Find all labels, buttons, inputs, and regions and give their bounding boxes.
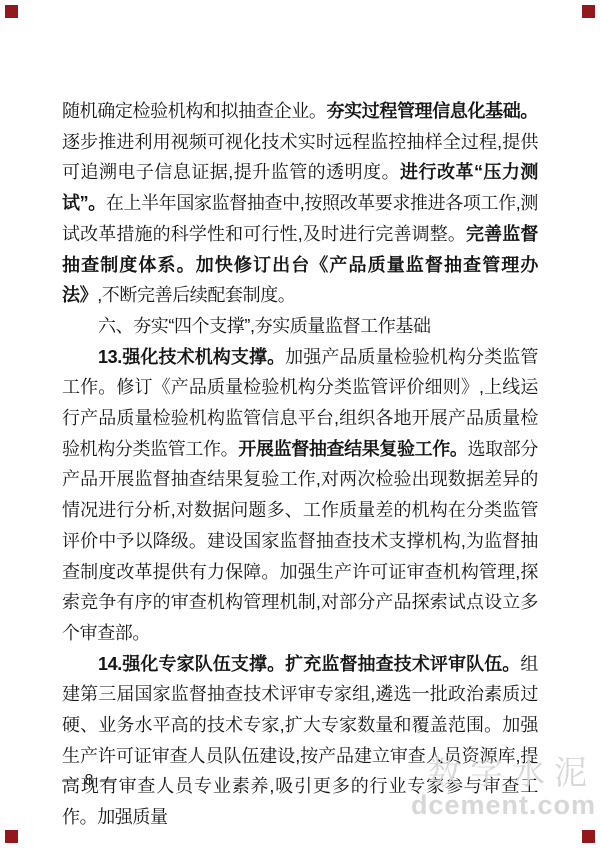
text-run: 随机确定检验机构和拟抽查企业。 (62, 101, 326, 121)
paragraph: 13.强化技术机构支撑。加强产品质量检验机构分类监管工作。修订《产品质量检验机构… (62, 342, 538, 649)
text-run: 夯实过程管理信息化基础。 (326, 101, 538, 121)
corner-mark-bottom-right (582, 830, 595, 843)
paragraph: 14.强化专家队伍支撑。扩充监督抽查技术评审队伍。组建第三届国家监督抽查技术评审… (62, 649, 538, 833)
text-run: 开展监督抽查结果复验工作。 (238, 439, 467, 459)
corner-mark-top-left (5, 5, 18, 18)
text-run: 13.强化技术机构支撑。 (98, 347, 285, 367)
document-page: 随机确定检验机构和拟抽查企业。夯实过程管理信息化基础。逐步推进利用视频可视化技术… (0, 0, 600, 848)
section-heading: 六、夯实“四个支撑”,夯实质量监督工作基础 (62, 311, 538, 342)
text-run: 组建第三届国家监督抽查技术评审专家组,遴选一批政治素质过硬、业务水平高的技术专家… (62, 654, 538, 828)
corner-mark-top-right (582, 5, 595, 18)
paragraph: 随机确定检验机构和拟抽查企业。夯实过程管理信息化基础。逐步推进利用视频可视化技术… (62, 96, 538, 311)
corner-mark-bottom-left (5, 830, 18, 843)
text-run: ,不断完善后续配套制度。 (97, 285, 295, 305)
text-run: 选取部分产品开展监督抽查结果复验工作,对两次检验出现数据差异的情况进行分析,对数… (62, 439, 538, 643)
document-body: 随机确定检验机构和拟抽查企业。夯实过程管理信息化基础。逐步推进利用视频可视化技术… (62, 96, 538, 833)
text-run: 14.强化专家队伍支撑。扩充监督抽查技术评审队伍。 (98, 654, 520, 674)
page-number: — 8 — (62, 772, 117, 790)
text-run: 六、夯实“四个支撑”,夯实质量监督工作基础 (98, 316, 431, 336)
